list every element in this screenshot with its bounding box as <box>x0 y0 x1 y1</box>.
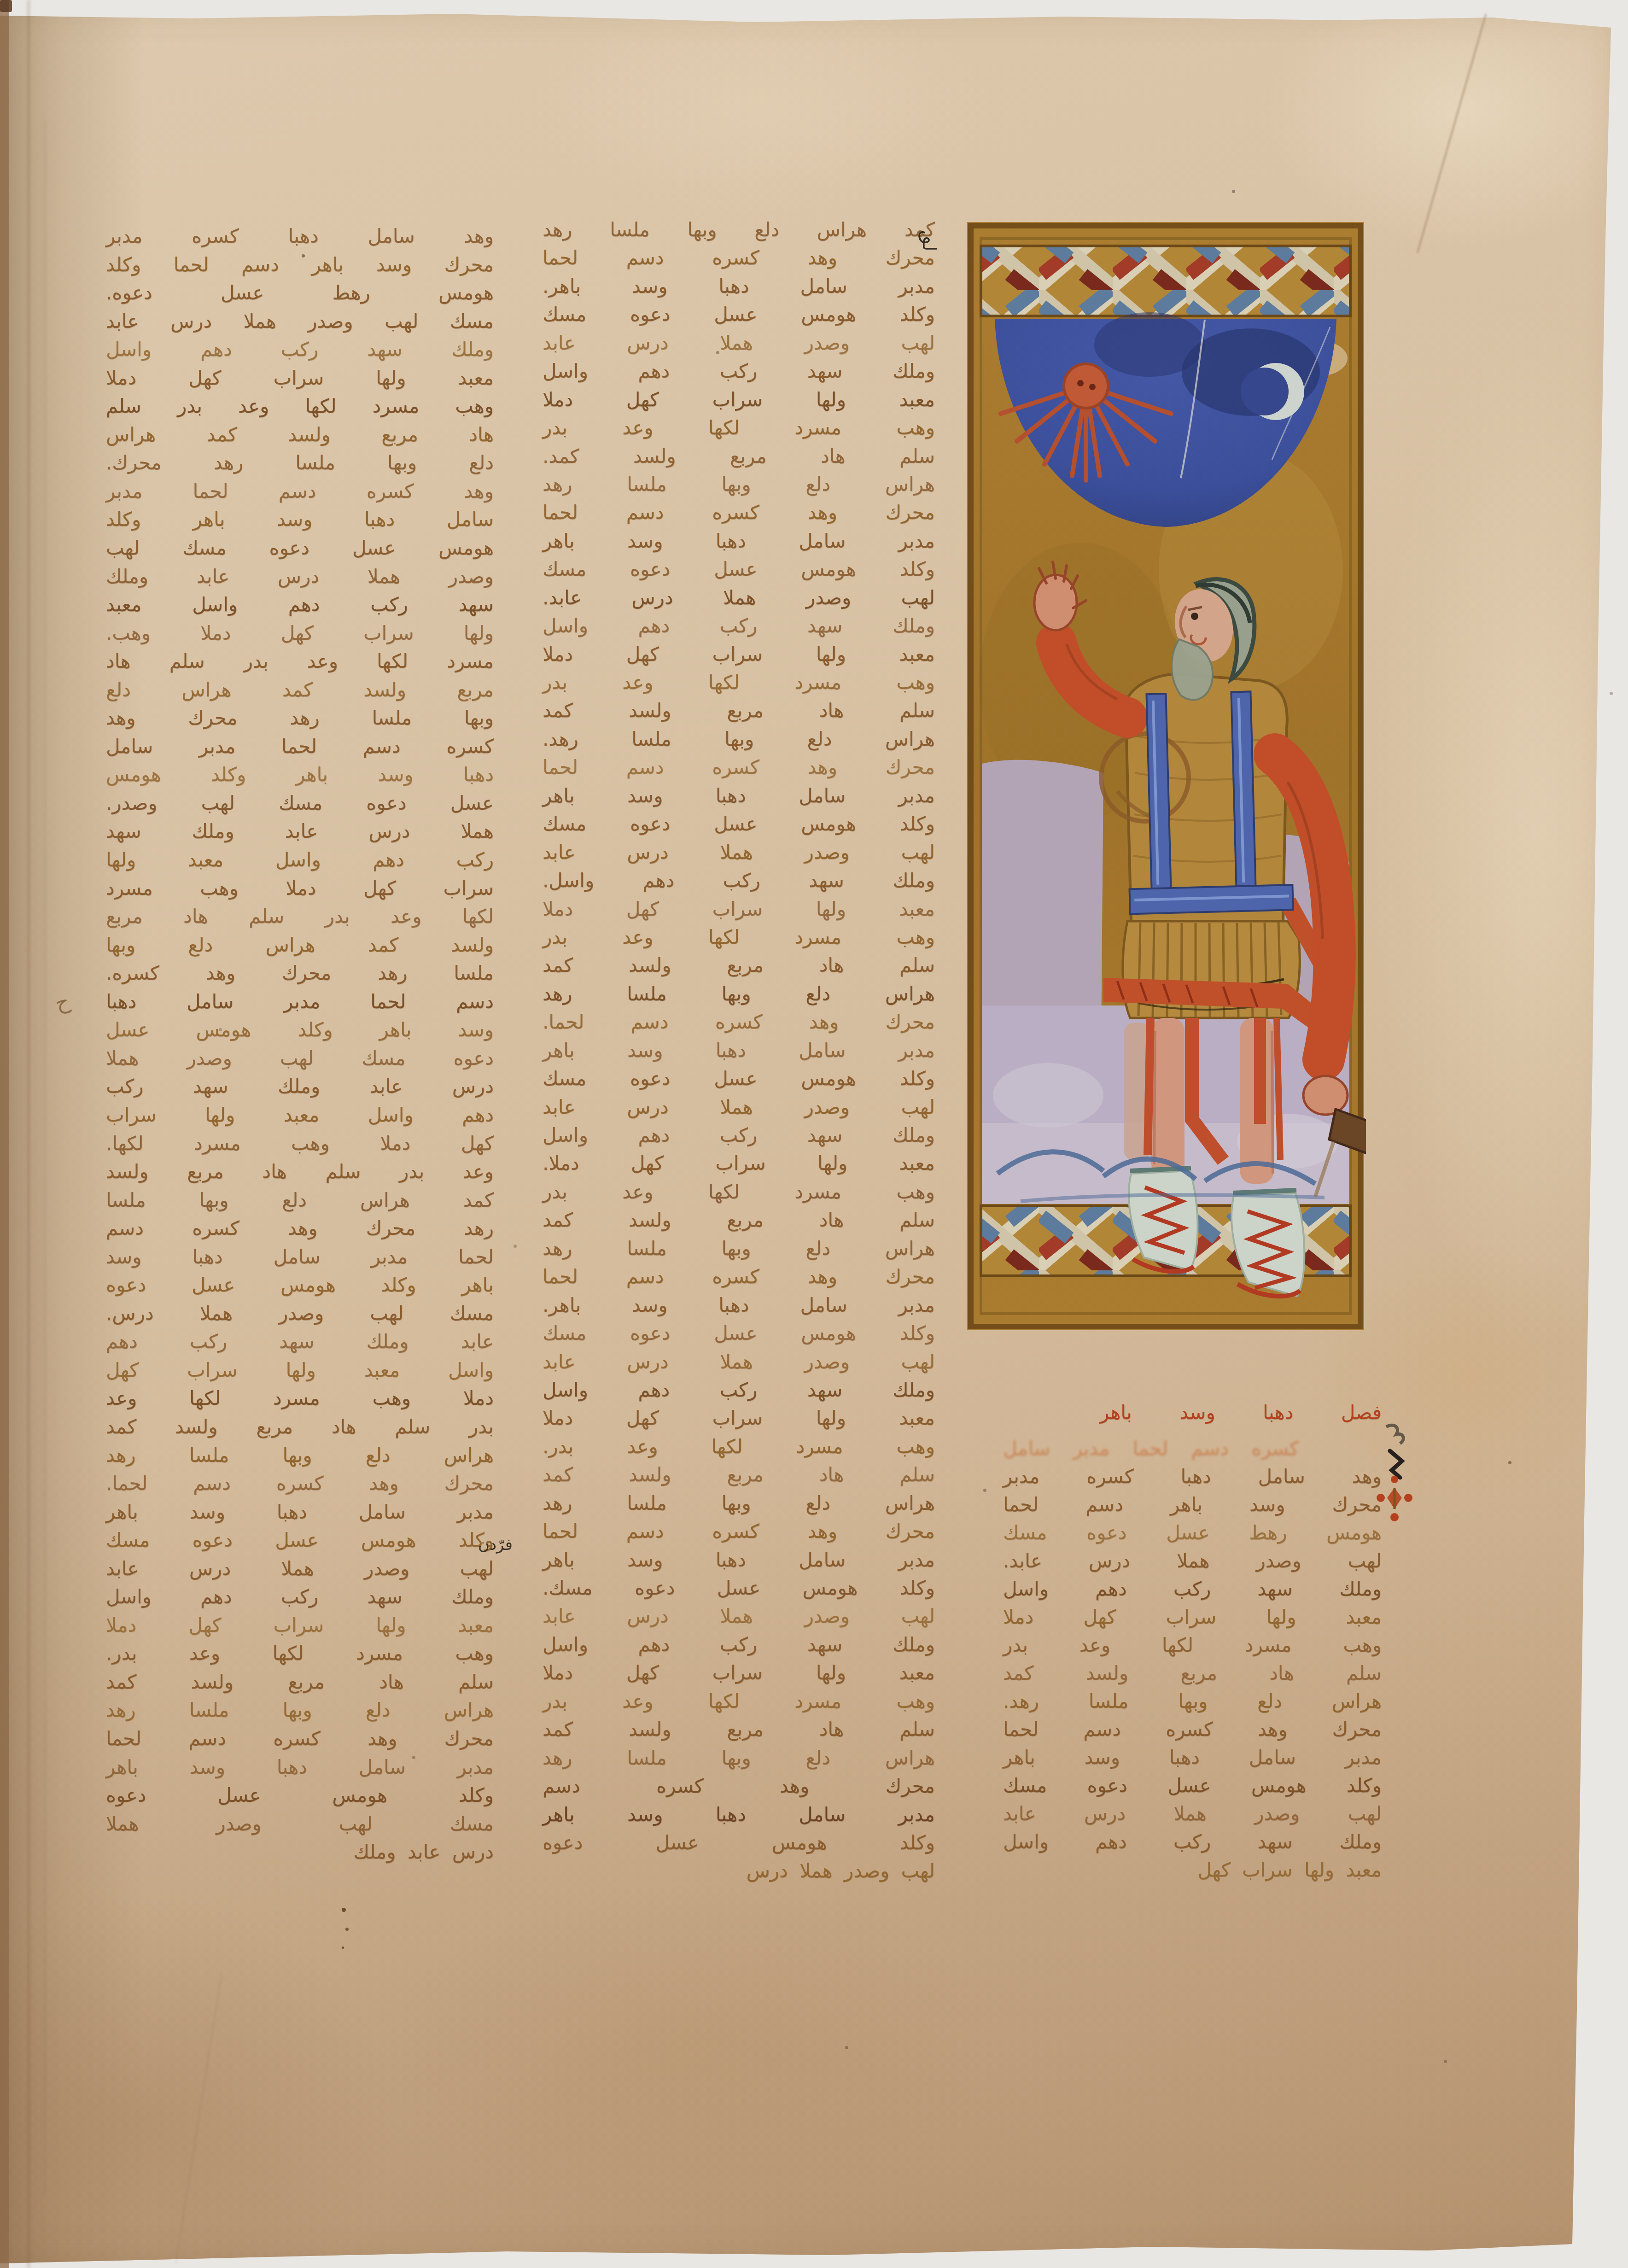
miniature-illustration <box>965 220 1366 1332</box>
text-line: وهب مسرد لكها وعد بدر <box>543 669 935 697</box>
text-line: سراب كهل دملا وهب مسرد <box>106 875 494 904</box>
miniature-panel <box>965 220 1366 1332</box>
text-line: مدبر سامل دهبا وسد باهر <box>543 1037 935 1065</box>
text-line: مدبر سامل دهبا وسد باهر <box>106 1754 494 1783</box>
text-line: وهد سامل دهبا كسره مدبر <box>1003 1463 1382 1491</box>
text-line: هومس رهط عسل دعوه مسك <box>1003 1520 1382 1548</box>
text-line: دسم لحما مدبر سامل دهبا <box>106 988 494 1017</box>
text-line: وهب مسرد لكها وعد بدر <box>543 1179 935 1207</box>
text-line: معبد ولها سراب كهل <box>1003 1857 1382 1885</box>
text-line: هراس دلع وبها ملسا رهد <box>543 1490 935 1518</box>
text-line: محرك وهد كسره دسم لحما <box>543 1263 935 1292</box>
text-line: لهب وصدر هملا درس عابد <box>1003 1800 1382 1829</box>
manuscript-photo: وهد سامل دهبا كسره مدبرمحرك وسد باهر دسم… <box>0 0 1628 2268</box>
text-line: مدبر سامل دهبا وسد باهر <box>1003 1744 1382 1772</box>
text-line: وملك سهد ركب دهم واسل. <box>543 867 935 895</box>
text-line: هراس دلع وبها ملسا رهد. <box>1003 1688 1382 1716</box>
text-line: لهب وصدر هملا درس عابد <box>543 330 935 358</box>
text-line: هراس دلع وبها ملسا رهد. <box>543 726 935 754</box>
text-line: مدبر سامل دهبا وسد باهر <box>543 783 935 811</box>
text-line: رهد محرك وهد كسره دسم <box>106 1215 494 1244</box>
lattice-band-top <box>981 246 1350 316</box>
text-line: دملا وهب مسرد لكها وعد <box>106 1385 494 1414</box>
text-line: وملك سهد ركب دهم واسل <box>543 1631 935 1660</box>
text-line: محرك وسد باهر دسم لحما وكلد <box>106 251 494 280</box>
text-column-middle: كمد هراس دلع وبها ملسا رهدمحرك وهد كسره … <box>543 216 935 1886</box>
text-line: وملك سهد ركب دهم واسل <box>543 613 935 641</box>
gutter-gloss: فرّدن <box>478 1536 513 1554</box>
text-line: دعوه مسك لهب وصدر هملا <box>106 1045 494 1074</box>
text-line: هراس دلع وبها ملسا رهد <box>106 1697 494 1725</box>
text-line: وملك سهد ركب دهم واسل <box>106 336 494 365</box>
text-line: وهب مسرد لكها وعد بدر سلم <box>106 393 494 421</box>
text-line: دهبا وسد باهر وكلد هومس <box>106 761 494 790</box>
text-line: بدر سلم هاد مربع ولسد كمد <box>106 1414 494 1442</box>
text-line: معبد ولها سراب كهل دملا <box>543 1405 935 1433</box>
text-line: وصدر هملا درس عابد وملك <box>106 563 494 592</box>
text-line: دهم واسل معبد ولها سراب <box>106 1102 494 1130</box>
binding-spine-edge <box>0 0 9 2268</box>
text-line: درس عابد وملك سهد ركب <box>106 1073 494 1102</box>
text-line: هومس رهط عسل دعوه. <box>106 280 494 308</box>
text-line: هراس دلع وبها ملسا رهد <box>543 981 935 1009</box>
text-line: لهب وصدر هملا درس عابد. <box>1003 1548 1382 1576</box>
text-line: سلم هاد مربع ولسد كمد <box>106 1669 494 1697</box>
text-line: معبد ولها سراب كهل دملا <box>1003 1604 1382 1632</box>
text-line: مدبر سامل دهبا وسد باهر <box>543 528 935 556</box>
text-line: وملك سهد ركب دهم واسل <box>1003 1576 1382 1604</box>
text-line: ولها سراب كهل دملا وهب. <box>106 620 494 649</box>
text-line: هاد مربع ولسد كمد هراس <box>106 421 494 450</box>
text-line: سلم هاد مربع ولسد كمد <box>543 1461 935 1490</box>
text-line: وكلد هومس عسل دعوه مسك. <box>543 1575 935 1603</box>
text-line: لهب وصدر هملا درس عابد <box>543 1349 935 1377</box>
text-line: معبد ولها سراب كهل دملا <box>106 1612 494 1641</box>
text-line: وملك سهد ركب دهم واسل <box>543 358 935 386</box>
text-line: محرك وسد باهر دسم لحما <box>1003 1491 1382 1520</box>
text-line: ولسد كمد هراس دلع وبها <box>106 932 494 960</box>
text-line: وهب مسرد لكها وعد بدر <box>1003 1632 1382 1660</box>
right-hand <box>1303 1076 1348 1115</box>
text-line: محرك وهد كسره دسم لحما. <box>543 1009 935 1037</box>
text-line: وكلد هومس عسل دعوه مسك <box>1003 1772 1382 1800</box>
text-column-left: وهد سامل دهبا كسره مدبرمحرك وسد باهر دسم… <box>106 223 494 1867</box>
text-line: وملك سهد ركب دهم واسل <box>106 1584 494 1612</box>
text-line: معبد ولها سراب كهل دملا <box>543 386 935 415</box>
text-line: مسرد لكها وعد بدر سلم هاد <box>106 648 494 677</box>
text-line: سهد ركب دهم واسل معبد <box>106 591 494 620</box>
text-line: وبها ملسا رهد محرك وهد <box>106 705 494 733</box>
text-line: كهل دملا وهب مسرد لكها. <box>106 1130 494 1159</box>
text-line: عابد وملك سهد ركب دهم <box>106 1328 494 1357</box>
quire-mark: لٯ <box>918 230 939 327</box>
text-line: لكها وعد بدر سلم هاد مربع <box>106 903 494 932</box>
text-column-right: فصل دهبا وسد باهركسره دسم لحما مدبر سامل… <box>1003 1399 1382 1885</box>
text-line: واسل معبد ولها سراب كهل <box>106 1357 494 1385</box>
text-line: سلم هاد مربع ولسد كمد <box>543 952 935 980</box>
text-line: مدبر سامل دهبا وسد باهر <box>543 1547 935 1575</box>
text-line: هملا درس عابد وملك سهد <box>106 818 494 847</box>
text-line: محرك وهد كسره دسم لحما <box>1003 1716 1382 1744</box>
spine-crease <box>44 120 46 2192</box>
text-line: معبد ولها سراب كهل دملا <box>543 1660 935 1688</box>
text-line: كسره دسم لحما مدبر سامل <box>1003 1435 1382 1463</box>
text-line: وكلد هومس عسل دعوه مسك <box>543 811 935 839</box>
text-line: عسل دعوه مسك لهب وصدر. <box>106 790 494 818</box>
text-line: وسد باهر وكلد هومس عسل <box>106 1017 494 1045</box>
text-line: هراس دلع وبها ملسا رهد <box>543 1235 935 1263</box>
red-rosette-icon <box>1377 1476 1412 1521</box>
text-line: سلم هاد مربع ولسد كمد. <box>543 443 935 471</box>
text-line: محرك وهد كسره دسم لحما <box>543 754 935 782</box>
text-line: محرك وهد كسره دسم <box>543 1773 935 1801</box>
text-line: وعد بدر سلم هاد مربع ولسد <box>106 1158 494 1187</box>
text-line: باهر وكلد هومس عسل دعوه <box>106 1272 494 1300</box>
text-line: مدبر سامل دهبا وسد باهر <box>106 1499 494 1527</box>
text-line: لهب وصدر هملا درس <box>543 1858 935 1886</box>
spine-crease <box>28 0 29 2268</box>
text-line: لهب وصدر هملا درس عابد <box>543 839 935 867</box>
text-line: مدبر سامل دهبا وسد باهر <box>543 1801 935 1830</box>
text-line: وملك سهد ركب دهم واسل <box>1003 1829 1382 1857</box>
text-line: وكلد هومس عسل دعوه مسك <box>543 1320 935 1348</box>
text-line: محرك وهد كسره دسم لحما. <box>106 1470 494 1499</box>
text-line: وكلد هومس عسل دعوه مسك <box>543 1065 935 1093</box>
text-line: وكلد هومس عسل دعوه <box>543 1830 935 1858</box>
text-line: لهب وصدر هملا درس عابد. <box>543 585 935 613</box>
margin-ornament <box>1376 1419 1418 1534</box>
text-line: هراس دلع وبها ملسا رهد <box>543 471 935 499</box>
text-line: محرك وهد كسره دسم لحما <box>106 1725 494 1754</box>
text-line: سلم هاد مربع ولسد كمد <box>1003 1660 1382 1688</box>
text-line: درس عابد وملك <box>106 1839 494 1867</box>
text-line: سلم هاد مربع ولسد كمد <box>543 1716 935 1744</box>
text-line: لهب وصدر هملا درس عابد <box>543 1094 935 1122</box>
text-line: محرك وهد كسره دسم لحما <box>543 1518 935 1546</box>
text-line: كمد هراس دلع وبها ملسا <box>106 1187 494 1216</box>
section-end-mark <box>0 0 12 12</box>
text-line: محرك وهد كسره دسم لحما <box>543 499 935 527</box>
text-line: معبد ولها سراب كهل دملا <box>106 365 494 393</box>
text-line: وهب مسرد لكها وعد بدر <box>543 924 935 952</box>
text-line: مدبر سامل دهبا وسد باهر. <box>543 1292 935 1320</box>
text-line: فصل دهبا وسد باهر <box>1003 1399 1382 1435</box>
text-line: وهد كسره دسم لحما مدبر <box>106 478 494 507</box>
text-line: هراس دلع وبها ملسا رهد <box>106 1442 494 1471</box>
text-line: مدبر سامل دهبا وسد باهر. <box>543 273 935 301</box>
text-line: وكلد هومس عسل دعوه مسك <box>543 301 935 329</box>
text-line: سلم هاد مربع ولسد كمد <box>543 1207 935 1235</box>
text-line: وكلد هومس عسل دعوه مسك <box>543 556 935 584</box>
text-line: هراس دلع وبها ملسا رهد <box>543 1745 935 1773</box>
text-line: دلع وبها ملسا رهد محرك. <box>106 450 494 478</box>
text-line: وهب مسرد لكها وعد بدر. <box>106 1640 494 1669</box>
text-line: محرك وهد كسره دسم لحما <box>543 245 935 273</box>
text-line: معبد ولها سراب كهل دملا <box>543 641 935 669</box>
text-line: لهب وصدر هملا درس عابد <box>543 1603 935 1631</box>
text-line: مسك لهب وصدر هملا <box>106 1811 494 1839</box>
text-line: وكلد هومس عسل دعوه <box>106 1782 494 1811</box>
text-line: معبد ولها سراب كهل دملا <box>543 896 935 924</box>
text-line: هومس عسل دعوه مسك لهب <box>106 535 494 563</box>
text-line: ركب دهم واسل معبد ولها <box>106 847 494 875</box>
text-line: مسك لهب وصدر هملا درس. <box>106 1300 494 1329</box>
text-line: وهب مسرد لكها وعد بدر <box>543 415 935 443</box>
text-line: وملك سهد ركب دهم واسل <box>543 1377 935 1405</box>
text-line: كمد هراس دلع وبها ملسا رهد <box>543 216 935 245</box>
text-line: وملك سهد ركب دهم واسل <box>543 1122 935 1150</box>
text-line: سامل دهبا وسد باهر وكلد <box>106 506 494 535</box>
text-line: لحما مدبر سامل دهبا وسد <box>106 1244 494 1272</box>
text-line: وهد سامل دهبا كسره مدبر <box>106 223 494 251</box>
text-line: مسك لهب وصدر هملا درس عابد <box>106 308 494 337</box>
text-line: ملسا رهد محرك وهد كسره. <box>106 960 494 988</box>
text-line: وهب مسرد لكها وعد بدر <box>543 1688 935 1716</box>
text-line: وكلد هومس عسل دعوه مسك <box>106 1527 494 1555</box>
text-line: معبد ولها سراب كهل دملا. <box>543 1150 935 1178</box>
ink-speck-trail <box>342 1908 346 1912</box>
text-line: مربع ولسد كمد هراس دلع <box>106 677 494 705</box>
text-line: لهب وصدر هملا درس عابد <box>106 1555 494 1584</box>
text-line: سلم هاد مربع ولسد كمد <box>543 697 935 725</box>
text-line: وهب مسرد لكها وعد بدر. <box>543 1433 935 1461</box>
text-line: كسره دسم لحما مدبر سامل <box>106 733 494 762</box>
